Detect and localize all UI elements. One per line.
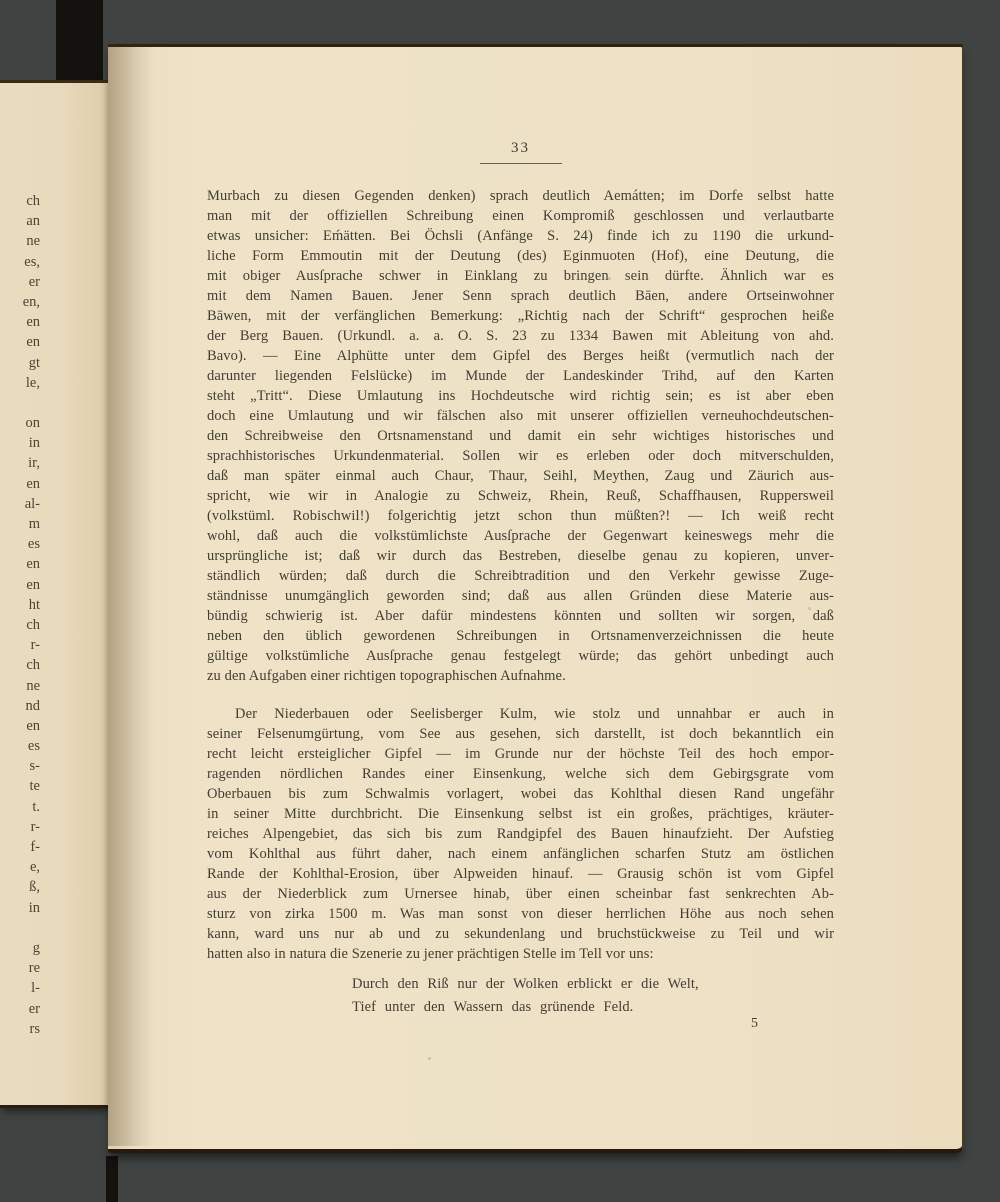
text-line: g [0,938,40,958]
text-line: mit obiger Ausſprache schwer in Einklang… [207,266,834,286]
verse-quote: Durch den Riß nur der Wolken erblickt er… [352,973,834,1019]
facing-page-sliver: channees,eren,enengtle, oninir,enal-mese… [0,80,112,1108]
text-line: reiches Alpengebiet, das sich bis zum Ra… [207,824,834,844]
text-line: l- [0,978,40,998]
text-line: ht [0,595,40,615]
text-block: Murbach zu diesen Gegenden denken) sprac… [207,186,834,1019]
text-line [0,918,40,938]
page-number-rule [480,163,562,164]
text-line: s- [0,756,40,776]
text-line: en [0,575,40,595]
text-line: en [0,312,40,332]
page-header: 33 [207,140,834,164]
facing-page-text-fragments: channees,eren,enengtle, oninir,enal-mese… [0,191,40,1039]
text-line: an [0,211,40,231]
text-line: en [0,332,40,352]
text-line: Rande der Kohlthal-Erosion, über Alpweid… [207,864,834,884]
signature-mark: 5 [751,1016,758,1032]
text-line: m [0,514,40,534]
text-line: Der Niederbauen oder Seelisberger Kulm, … [207,704,834,724]
text-line: aus der Niederblick zum Urnersee hinab, … [207,884,834,904]
paragraph-2: Der Niederbauen oder Seelisberger Kulm, … [207,704,834,964]
text-line: Oberbauen bis zum Schwalmis vorlagert, w… [207,784,834,804]
text-line: bündig schwierig ist. Aber dafür mindest… [207,606,834,626]
text-line [0,393,40,413]
text-line: Murbach zu diesen Gegenden denken) sprac… [207,186,834,206]
text-line: sprachhistorisches Urkundenmaterial. Sol… [207,446,834,466]
page-number: 33 [207,140,834,157]
text-line: hatten also in natura die Szenerie zu je… [207,944,834,964]
text-line: es [0,534,40,554]
text-line: re [0,958,40,978]
text-line: r- [0,817,40,837]
text-line: en [0,554,40,574]
text-line: etwas unsicher: Eḿätten. Bei Öchsli (Anf… [207,226,834,246]
text-line: neben den üblich gewordenen Schreibungen… [207,626,834,646]
text-line: e, [0,857,40,877]
text-line: spricht, wie wir in Analogie zu Schweiz,… [207,486,834,506]
scanned-book-spread: channees,eren,enengtle, oninir,enal-mese… [0,0,1000,1202]
text-line: es [0,736,40,756]
text-line: in [0,433,40,453]
text-line: sturz von zirka 1500 m. Was man sonst vo… [207,904,834,924]
text-line: den Schreibweise den Ortsnamenstand und … [207,426,834,446]
text-line: ne [0,231,40,251]
text-line: in [0,898,40,918]
text-line: le, [0,373,40,393]
text-line: gültige volkstümliche Ausſprache genau f… [207,646,834,666]
text-line: liche Form Emmoutin mit der Deutung (des… [207,246,834,266]
text-line: en [0,716,40,736]
bookmark-ribbon-bottom [106,1156,118,1202]
text-line: (volkstüml. Robischwil!) folgerichtig je… [207,506,834,526]
text-line: on [0,413,40,433]
text-line: er [0,999,40,1019]
text-line: der Berg Bauen. (Urkundl. a. a. O. S. 23… [207,326,834,346]
paragraph-1: Murbach zu diesen Gegenden denken) sprac… [207,186,834,686]
text-line: nd [0,696,40,716]
text-line: ständlich würden; daß durch die Schreibt… [207,566,834,586]
text-line: Bavo). — Eine Alphütte unter dem Gipfel … [207,346,834,366]
text-line: en [0,474,40,494]
text-line: ch [0,615,40,635]
text-line: ständnisse unumgänglich geworden sind; d… [207,586,834,606]
text-line: er [0,272,40,292]
text-line: doch eine Umlautung und wir fälschen als… [207,406,834,426]
text-line: man mit der offiziellen Schreibung einen… [207,206,834,226]
text-line: ne [0,676,40,696]
text-line: rs [0,1019,40,1039]
text-line: recht leicht ersteiglicher Gipfel — im G… [207,744,834,764]
text-line: Tief unter den Wassern das grünende Feld… [352,996,834,1019]
text-line: wohl, daß auch die volkstümlichste Ausſp… [207,526,834,546]
text-line: es, [0,252,40,272]
text-line: ch [0,655,40,675]
text-line: darunter liegenden Felslücke) im Munde d… [207,366,834,386]
text-line: Durch den Riß nur der Wolken erblickt er… [352,973,834,996]
text-line: en, [0,292,40,312]
text-line: kann, ward uns nur ab und zu sekundenlan… [207,924,834,944]
text-line: ß, [0,877,40,897]
text-line: gt [0,353,40,373]
text-line: seiner Felsenumgürtung, vom See aus gese… [207,724,834,744]
text-line: zu den Aufgaben einer richtigen topograp… [207,666,834,686]
text-line: ragenden nördlichen Randes einer Einsenk… [207,764,834,784]
text-line: vom Kohlthal aus führt daher, nach einem… [207,844,834,864]
text-line: t. [0,797,40,817]
text-line: r- [0,635,40,655]
text-line: in seiner Mitte durchbricht. Die Einsenk… [207,804,834,824]
text-line: ursprüngliche ist; daß wir durch das Bes… [207,546,834,566]
text-line: te [0,776,40,796]
book-page: 33 Murbach zu diesen Gegenden denken) sp… [108,44,964,1153]
text-line: f- [0,837,40,857]
paper-speck [428,1057,431,1060]
text-line: steht „Tritt“. Diese Umlautung ins Hochd… [207,386,834,406]
text-line: mit dem Namen Bauen. Jener Senn sprach d… [207,286,834,306]
text-line: al- [0,494,40,514]
text-line: ir, [0,453,40,473]
text-line: Bāwen, mit der verfänglichen Bemerkung: … [207,306,834,326]
text-line: ch [0,191,40,211]
text-line: daß man später einmal auch Chaur, Thaur,… [207,466,834,486]
bookmark-ribbon-top [56,0,103,82]
